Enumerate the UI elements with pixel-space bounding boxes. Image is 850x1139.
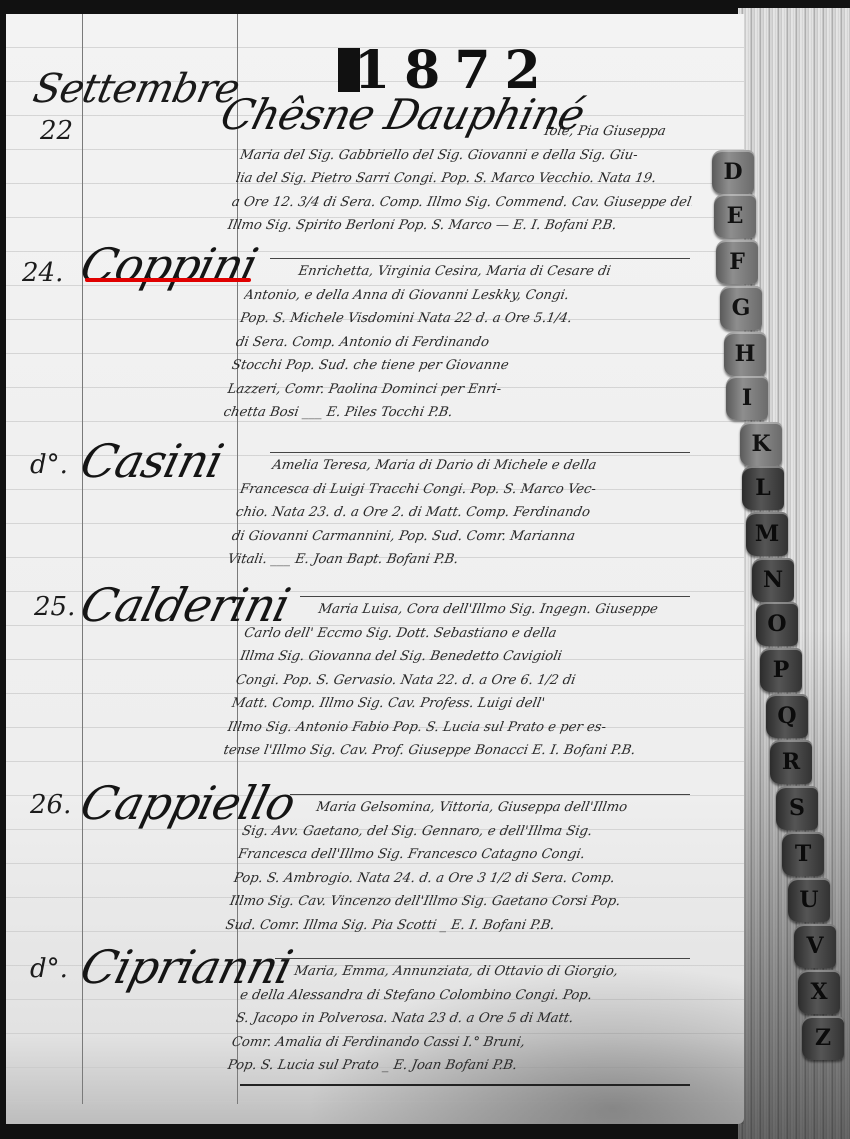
entry-line: Illmo Sig. Spirito Berloni Pop. S. Marco… (226, 214, 690, 238)
entry-line: S. Jacopo in Polverosa. Nata 23 d. a Ore… (234, 1007, 698, 1031)
index-tab-g[interactable]: G (720, 286, 762, 330)
entry-line: di Giovanni Carmannini, Pop. Sud. Comr. … (230, 525, 694, 549)
entry-line: Antonio, e della Anna di Giovanni Leskky… (242, 284, 706, 308)
entry-line: Iole, Pia Giuseppa (242, 120, 706, 144)
margin-line-left (82, 14, 83, 1104)
index-tab-n[interactable]: N (752, 558, 794, 602)
entry-line: lia del Sig. Pietro Sarri Congi. Pop. S.… (234, 167, 698, 191)
entry-line: Pop. S. Ambrogio. Nata 24. d. a Ore 3 1/… (232, 867, 696, 891)
entry-line: e della Alessandra di Stefano Colombino … (238, 984, 702, 1008)
index-tab-l[interactable]: L (742, 466, 784, 510)
entry-separator (275, 958, 690, 959)
entry-line: Matt. Comp. Illmo Sig. Cav. Profess. Lui… (230, 692, 694, 716)
index-tab-x[interactable]: X (798, 970, 840, 1014)
entry-line: Maria, Emma, Annunziata, di Ottavio di G… (242, 960, 706, 984)
entry-line: Congi. Pop. S. Gervasio. Nata 22. d. a O… (234, 669, 698, 693)
entry-line: chio. Nata 23. d. a Ore 2. di Matt. Comp… (234, 501, 698, 525)
highlight-underline (85, 278, 251, 282)
entry-surname: Coppini (75, 238, 262, 292)
index-tab-i[interactable]: I (726, 376, 768, 420)
entry-line: Illmo Sig. Cav. Vincenzo dell'Illmo Sig.… (228, 890, 692, 914)
entry-day: 26. (30, 790, 71, 820)
entry-text: Enrichetta, Virginia Cesira, Maria di Ce… (221, 260, 710, 425)
entry-separator (300, 596, 690, 597)
alphabet-index-tabs: D E F G H I K L M N O P Q R S T U V X Z (700, 150, 850, 1110)
entry-separator (270, 258, 690, 259)
index-tab-t[interactable]: T (782, 832, 824, 876)
index-tab-r[interactable]: R (770, 740, 812, 784)
entry-line: Illmo Sig. Antonio Fabio Pop. S. Lucia s… (226, 716, 690, 740)
entry-line: Sud. Comr. Illma Sig. Pia Scotti _ E. I.… (224, 914, 688, 938)
entry-line: Sig. Avv. Gaetano, del Sig. Gennaro, e d… (240, 820, 704, 844)
entry-surname: Casini (75, 434, 228, 488)
entry-day: d°. (30, 954, 68, 984)
index-tab-p[interactable]: P (760, 648, 802, 692)
entry-line: Lazzeri, Comr. Paolina Dominci per Enri- (226, 378, 690, 402)
entry-text: Iole, Pia Giuseppa Maria del Sig. Gabbri… (226, 120, 707, 238)
entry-line: Maria Gelsomina, Vittoria, Giuseppa dell… (244, 796, 708, 820)
entry-line: Maria Luisa, Cora dell'Illmo Sig. Ingegn… (246, 598, 710, 622)
entry-line: di Sera. Comp. Antonio di Ferdinando (234, 331, 698, 355)
month-heading: Settembre (29, 66, 243, 112)
entry-separator (290, 794, 690, 795)
entry-day: 25. (34, 592, 75, 622)
entry-line: chetta Bosi ___ E. Piles Tocchi P.B. (221, 401, 685, 425)
entry-line: Stocchi Pop. Sud. che tiene per Giovanne (230, 354, 694, 378)
index-tab-q[interactable]: Q (766, 694, 808, 738)
entry-day: 22 (40, 116, 73, 146)
index-tab-m[interactable]: M (746, 512, 788, 556)
entry-separator-bottom (240, 1084, 690, 1086)
entry-separator (270, 452, 690, 453)
index-tab-f[interactable]: F (716, 240, 758, 284)
index-tab-v[interactable]: V (794, 924, 836, 968)
index-tab-z[interactable]: Z (802, 1016, 844, 1060)
entry-line: Francesca dell'Illmo Sig. Francesco Cata… (236, 843, 700, 867)
entry-line: tense l'Illmo Sig. Cav. Prof. Giuseppe B… (221, 739, 685, 763)
entry-line: Francesca di Luigi Tracchi Congi. Pop. S… (238, 478, 702, 502)
entry-line: a Ore 12. 3/4 di Sera. Comp. Illmo Sig. … (230, 191, 694, 215)
entry-day: 24. (22, 258, 63, 288)
entry-line: Pop. S. Michele Visdomini Nata 22 d. a O… (238, 307, 702, 331)
entry-text: Amelia Teresa, Maria di Dario di Michele… (226, 454, 707, 572)
entry-line: Enrichetta, Virginia Cesira, Maria di Ce… (246, 260, 710, 284)
index-tab-u[interactable]: U (788, 878, 830, 922)
entry-line: Pop. S. Lucia sul Prato _ E. Joan Bofani… (226, 1054, 690, 1078)
index-tab-k[interactable]: K (740, 422, 782, 466)
entry-line: Amelia Teresa, Maria di Dario di Michele… (242, 454, 706, 478)
entry-day: d°. (30, 450, 68, 480)
entry-line: Illma Sig. Giovanna del Sig. Benedetto C… (238, 645, 702, 669)
entry-text: Maria Gelsomina, Vittoria, Giuseppa dell… (224, 796, 709, 937)
index-tab-h[interactable]: H (724, 332, 766, 376)
entry-text: Maria, Emma, Annunziata, di Ottavio di G… (226, 960, 707, 1078)
entry-line: Maria del Sig. Gabbriello del Sig. Giova… (238, 144, 702, 168)
index-tab-d[interactable]: D (712, 150, 754, 194)
entry-line: Comr. Amalia di Ferdinando Cassi I.° Bru… (230, 1031, 694, 1055)
entry-line: Carlo dell' Eccmo Sig. Dott. Sebastiano … (242, 622, 706, 646)
index-tab-e[interactable]: E (714, 194, 756, 238)
entry-line: Vitali. ___ E. Joan Bapt. Bofani P.B. (226, 548, 690, 572)
entry-text: Maria Luisa, Cora dell'Illmo Sig. Ingegn… (221, 598, 710, 763)
index-tab-o[interactable]: O (756, 602, 798, 646)
index-tab-s[interactable]: S (776, 786, 818, 830)
